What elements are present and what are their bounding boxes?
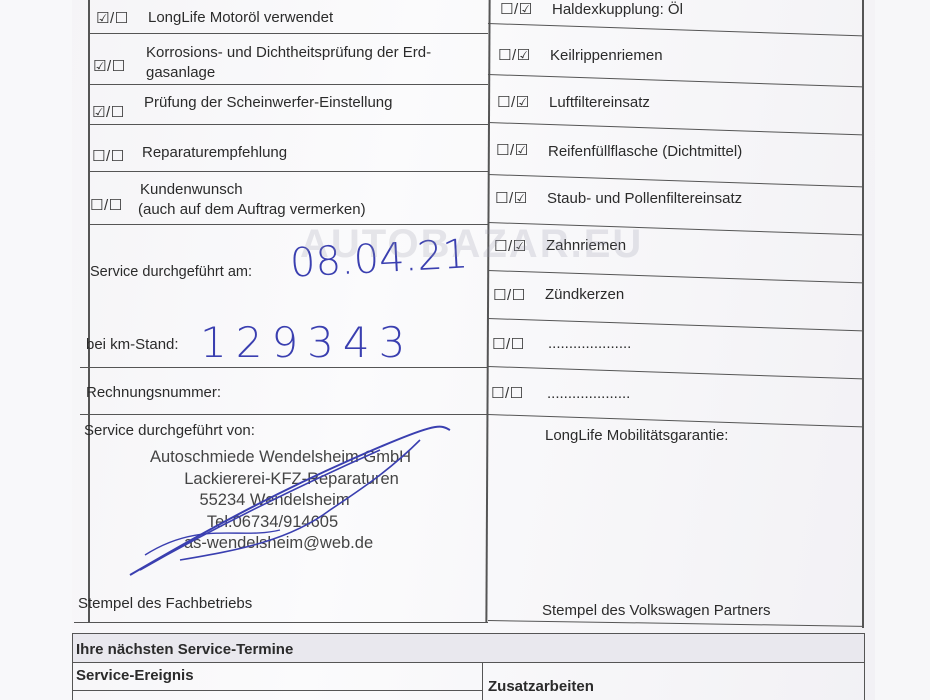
frame-left — [88, 0, 90, 622]
service-booklet-page: ☑/☐ LongLife Motoröl verwendet ☑/☐ Korro… — [0, 0, 930, 700]
service-date-label: Service durchgeführt am: — [90, 264, 252, 280]
mobility-guarantee-title: LongLife Mobilitätsgarantie: — [545, 427, 728, 444]
label-gas-leak-test-2: gasanlage — [146, 64, 215, 81]
divider — [488, 270, 863, 283]
divider — [80, 367, 488, 368]
divider — [72, 662, 864, 663]
frame-middle — [485, 0, 490, 622]
checkbox-pollen-filter[interactable]: ☐/☑ — [495, 189, 528, 207]
label-v-belt: Keilrippenriemen — [550, 47, 663, 64]
watermark: AUTOBAZAR.EU — [300, 222, 643, 267]
divider — [88, 124, 488, 125]
signature — [120, 420, 460, 590]
label-repair-recommendation: Reparaturempfehlung — [142, 144, 287, 161]
divider — [80, 414, 488, 415]
divider — [488, 122, 863, 135]
label-blank-2: .................... — [547, 385, 630, 402]
checkbox-v-belt[interactable]: ☐/☑ — [498, 46, 531, 64]
divider — [74, 622, 488, 623]
divider — [864, 633, 865, 700]
divider — [488, 23, 863, 36]
label-headlight-adjustment: Prüfung der Scheinwerfer-Einstellung — [144, 94, 392, 111]
divider — [482, 662, 483, 700]
checkbox-repair-recommendation[interactable]: ☐/☐ — [92, 147, 125, 165]
checkbox-gas-leak-test[interactable]: ☑/☐ — [93, 57, 126, 75]
divider — [488, 414, 863, 427]
km-label: bei km-Stand: — [86, 336, 179, 353]
divider — [72, 690, 482, 691]
divider — [488, 366, 863, 379]
label-longlife-oil: LongLife Motoröl verwendet — [148, 9, 333, 26]
checkbox-spark-plugs[interactable]: ☐/☐ — [493, 286, 526, 304]
label-customer-request-1: Kundenwunsch — [140, 181, 243, 198]
checkbox-blank-2[interactable]: ☐/☐ — [491, 384, 524, 402]
partner-stamp-caption: Stempel des Volkswagen Partners — [542, 602, 770, 619]
divider — [488, 318, 863, 331]
column-service-event: Service-Ereignis — [76, 667, 194, 684]
divider — [88, 171, 488, 172]
service-form: ☑/☐ LongLife Motoröl verwendet ☑/☐ Korro… — [0, 0, 930, 700]
divider — [488, 74, 863, 87]
label-pollen-filter: Staub- und Pollenfiltereinsatz — [547, 190, 742, 207]
next-services-title: Ihre nächsten Service-Termine — [76, 641, 293, 658]
label-blank-1: .................... — [548, 335, 631, 352]
checkbox-longlife-oil[interactable]: ☑/☐ — [96, 9, 129, 27]
divider — [88, 84, 488, 85]
checkbox-tyre-sealant[interactable]: ☐/☑ — [496, 141, 529, 159]
divider — [72, 633, 864, 634]
divider — [88, 33, 488, 34]
label-spark-plugs: Zündkerzen — [545, 286, 624, 303]
label-tyre-sealant: Reifenfüllflasche (Dichtmittel) — [548, 143, 742, 160]
checkbox-blank-1[interactable]: ☐/☐ — [492, 335, 525, 353]
checkbox-air-filter[interactable]: ☐/☑ — [497, 93, 530, 111]
km-value[interactable]: 129343 — [200, 318, 414, 367]
frame-right — [862, 0, 864, 628]
label-gas-leak-test-1: Korrosions- und Dichtheitsprüfung der Er… — [146, 44, 431, 61]
column-additional-work: Zusatzarbeiten — [488, 678, 594, 695]
divider — [488, 174, 863, 187]
workshop-stamp-caption: Stempel des Fachbetriebs — [78, 595, 252, 612]
label-air-filter: Luftfiltereinsatz — [549, 94, 650, 111]
label-customer-request-2: (auch auf dem Auftrag vermerken) — [138, 201, 366, 218]
label-haldex-oil: Haldexkupplung: Öl — [552, 1, 683, 18]
checkbox-customer-request[interactable]: ☐/☐ — [90, 196, 123, 214]
checkbox-haldex-oil[interactable]: ☐/☑ — [500, 0, 533, 18]
invoice-number-label: Rechnungsnummer: — [86, 384, 221, 401]
checkbox-headlight-adjustment[interactable]: ☑/☐ — [92, 103, 125, 121]
divider — [488, 620, 863, 627]
